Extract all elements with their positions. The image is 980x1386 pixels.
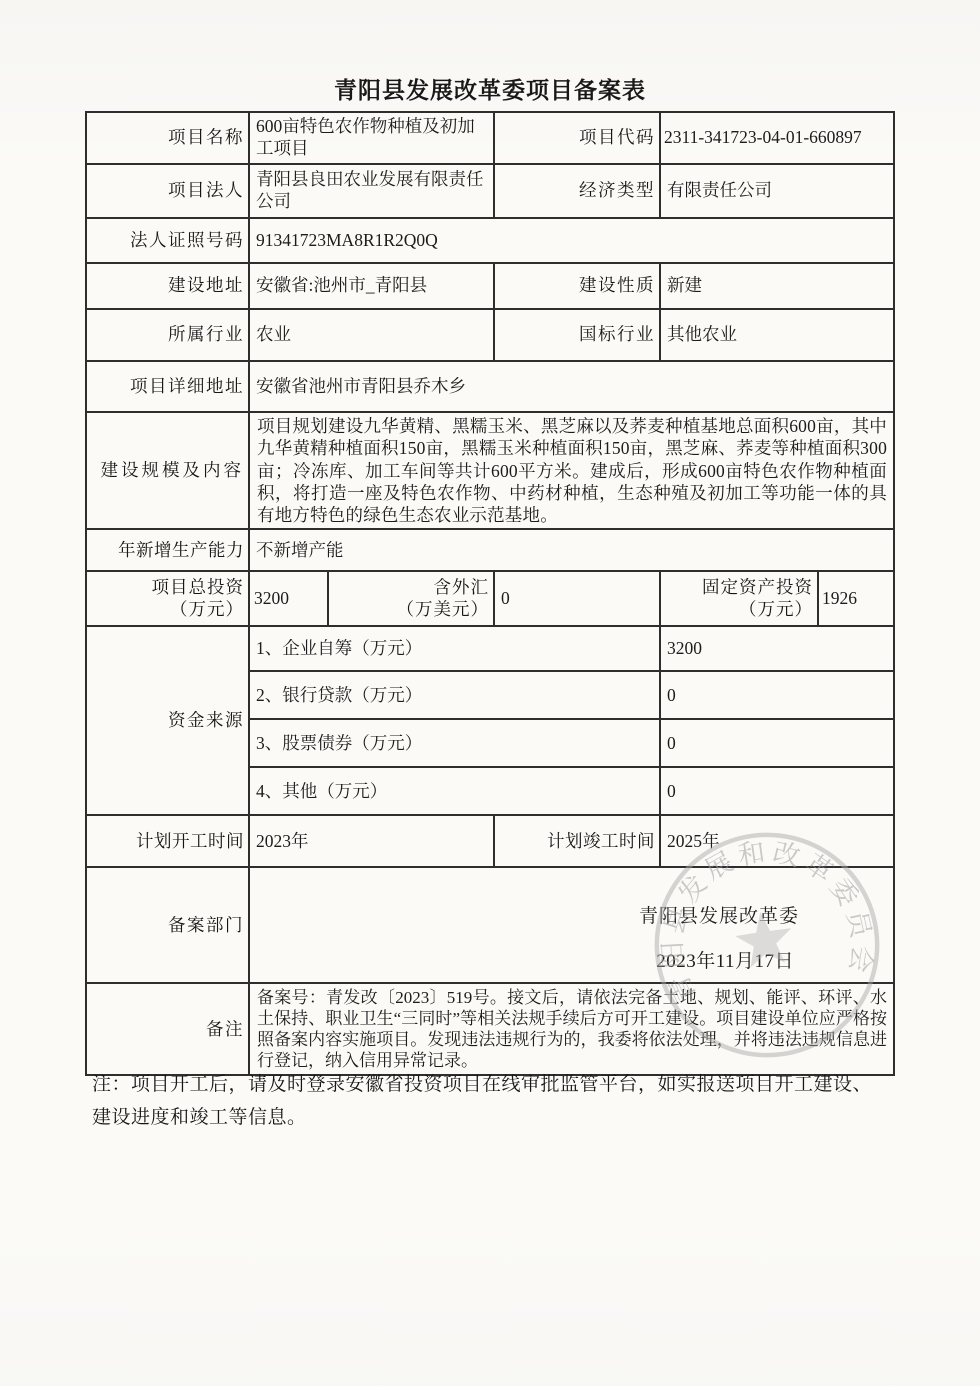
total-investment-label: 项目总投资 （万元） — [86, 571, 249, 626]
scale-content-label: 建设规模及内容 — [86, 412, 249, 529]
finish-time-label: 计划竣工时间 — [494, 815, 660, 867]
footer-note: 注：项目开工后，请及时登录安徽省投资项目在线审批监管平台，如实报送项目开工建设、… — [92, 1068, 892, 1134]
funding-item-1-name: 1、企业自筹（万元） — [249, 626, 660, 671]
detail-address-value: 安徽省池州市青阳县乔木乡 — [249, 361, 894, 412]
new-capacity-value: 不新增产能 — [249, 529, 894, 571]
foreign-exchange-label-line2: （万美元） — [334, 599, 489, 621]
national-industry-value: 其他农业 — [660, 309, 894, 361]
funding-item-3-value: 0 — [660, 719, 894, 767]
project-filing-table: 项目名称 600亩特色农作物种植及初加工项目 项目代码 2311-341723-… — [85, 111, 895, 1076]
finish-time-value: 2025年 — [660, 815, 894, 867]
funding-item-4-value: 0 — [660, 767, 894, 815]
license-no-value: 91341723MA8R1R2Q0Q — [249, 218, 894, 263]
build-nature-value: 新建 — [660, 263, 894, 309]
detail-address-label: 项目详细地址 — [86, 361, 249, 412]
funding-item-2-value: 0 — [660, 671, 894, 719]
industry-label: 所属行业 — [86, 309, 249, 361]
fixed-assets-label-line1: 固定资产投资 — [666, 577, 813, 599]
footer-note-line2: 建设进度和竣工等信息。 — [92, 1101, 892, 1134]
economy-type-label: 经济类型 — [494, 164, 660, 218]
fixed-assets-label: 固定资产投资 （万元） — [660, 571, 818, 626]
build-address-value: 安徽省:池州市_青阳县 — [249, 263, 494, 309]
foreign-exchange-label: 含外汇 （万美元） — [328, 571, 494, 626]
license-no-label: 法人证照号码 — [86, 218, 249, 263]
legal-person-label: 项目法人 — [86, 164, 249, 218]
project-name-value: 600亩特色农作物种植及初加工项目 — [249, 112, 494, 164]
national-industry-label: 国标行业 — [494, 309, 660, 361]
economy-type-value: 有限责任公司 — [660, 164, 894, 218]
total-investment-value: 3200 — [249, 571, 328, 626]
fixed-assets-label-line2: （万元） — [666, 599, 813, 621]
filing-dept-label: 备案部门 — [86, 867, 249, 983]
funding-item-3-name: 3、股票债券（万元） — [249, 719, 660, 767]
project-name-label: 项目名称 — [86, 112, 249, 164]
scale-content-value: 项目规划建设九华黄精、黑糯玉米、黑芝麻以及荞麦种植基地总面积600亩，其中九华黄… — [249, 412, 894, 529]
funding-item-2-name: 2、银行贷款（万元） — [249, 671, 660, 719]
legal-person-value: 青阳县良田农业发展有限责任公司 — [249, 164, 494, 218]
total-investment-label-line1: 项目总投资 — [92, 577, 244, 599]
remarks-value: 备案号：青发改〔2023〕519号。接文后，请依法完备土地、规划、能评、环评、水… — [249, 983, 894, 1075]
foreign-exchange-value: 0 — [494, 571, 660, 626]
remarks-label: 备注 — [86, 983, 249, 1075]
filing-dept-authority: 青阳县发展改革委 — [639, 905, 799, 929]
project-code-value: 2311-341723-04-01-660897 — [660, 112, 894, 164]
funding-item-1-value: 3200 — [660, 626, 894, 671]
industry-value: 农业 — [249, 309, 494, 361]
build-nature-label: 建设性质 — [494, 263, 660, 309]
filing-dept-date: 2023年11月17日 — [656, 950, 794, 974]
foreign-exchange-label-line1: 含外汇 — [334, 577, 489, 599]
new-capacity-label: 年新增生产能力 — [86, 529, 249, 571]
document-title: 青阳县发展改革委项目备案表 — [0, 72, 980, 105]
filing-dept-cell: 青阳县发展改革委 2023年11月17日 — [249, 867, 894, 983]
total-investment-label-line2: （万元） — [92, 599, 244, 621]
fixed-assets-value: 1926 — [818, 571, 894, 626]
start-time-value: 2023年 — [249, 815, 494, 867]
funding-item-4-name: 4、其他（万元） — [249, 767, 660, 815]
project-code-label: 项目代码 — [494, 112, 660, 164]
funding-label: 资金来源 — [86, 626, 249, 815]
footer-note-line1: 注：项目开工后，请及时登录安徽省投资项目在线审批监管平台，如实报送项目开工建设、 — [92, 1068, 892, 1101]
scanned-document-page: 青阳县发展改革委项目备案表 项目名称 600亩特色农作物种植及初加工项目 项目代… — [0, 0, 980, 1386]
start-time-label: 计划开工时间 — [86, 815, 249, 867]
build-address-label: 建设地址 — [86, 263, 249, 309]
